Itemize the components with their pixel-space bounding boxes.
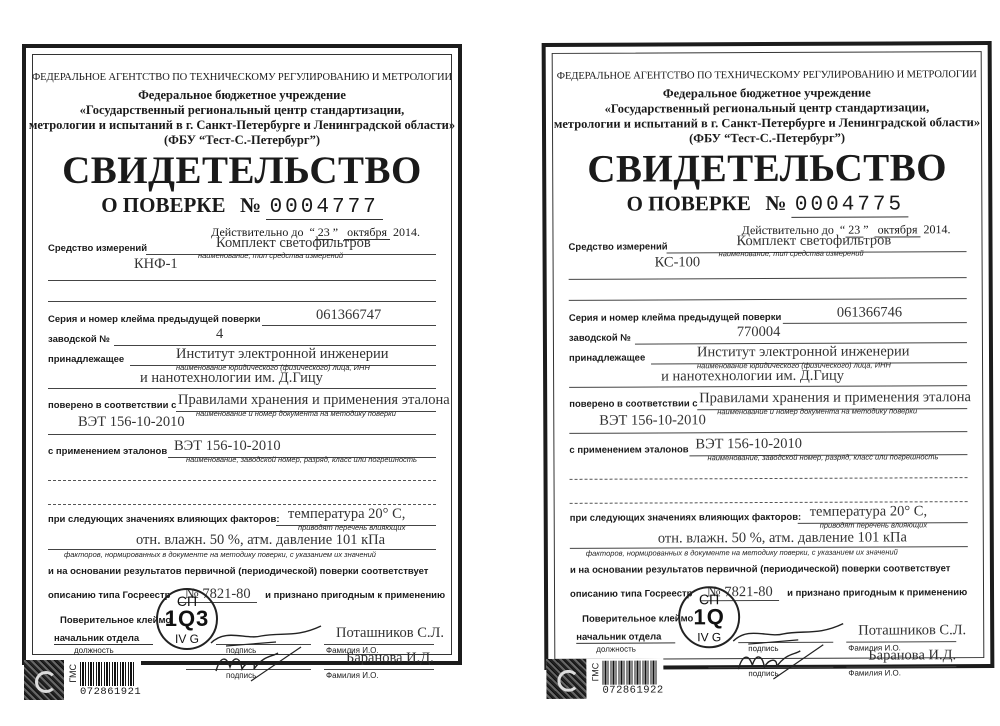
name-hint2: Фамилия И.О. xyxy=(326,671,379,680)
position-hint: должность xyxy=(596,645,636,654)
verified-hint: наименование и номер документа на методи… xyxy=(717,406,917,416)
serial-value: 770004 xyxy=(737,324,781,341)
name1: Поташников С.Л. xyxy=(336,625,444,642)
standards-hint: наименование, заводской номер, разряд, к… xyxy=(707,452,938,462)
document-title: СВИДЕТЕЛЬСТВО xyxy=(546,145,988,192)
instrument-hint: наименование, тип средства измерений xyxy=(198,251,343,260)
name-line1 xyxy=(324,644,434,645)
number-sign: № xyxy=(240,193,261,217)
factors-label: при следующих значениях влияющих факторо… xyxy=(570,512,802,524)
instrument-label: Средство измерений xyxy=(48,243,147,254)
blank-line xyxy=(48,480,436,481)
name-hint2: Фамилия И.О. xyxy=(848,668,901,677)
factors-value-line1: температура 20° С, xyxy=(810,503,927,521)
verified-line2 xyxy=(48,434,436,435)
factors-hint2: факторов, нормированных в документе на м… xyxy=(64,550,376,559)
owner-label: принадлежащее xyxy=(569,353,645,364)
number-sign: № xyxy=(765,191,786,215)
result-suitable: и признано пригодным к применению xyxy=(787,587,967,599)
certificate-left: ФЕДЕРАЛЬНОЕ АГЕНТСТВО ПО ТЕХНИЧЕСКОМУ РЕ… xyxy=(22,44,462,665)
barcode-prefix: ГМС xyxy=(590,663,600,682)
result-line1: и на основании результатов первичной (пе… xyxy=(48,566,428,577)
blank-line xyxy=(48,301,436,302)
barcode-prefix: ГМС xyxy=(68,664,78,683)
serial-value: 4 xyxy=(216,326,223,343)
certificate-number-row: О ПОВЕРКЕ № 0004775 xyxy=(546,190,988,218)
standards-hint: наименование, заводской номер, разряд, к… xyxy=(186,455,417,464)
factors-value-line2: отн. влажн. 50 %, атм. давление 101 кПа xyxy=(658,529,907,547)
result-line2: описанию типа Госреестр № 7821-80 и приз… xyxy=(570,582,967,602)
verified-value-line2: ВЭТ 156-10-2010 xyxy=(78,414,185,431)
prev-mark-label: Серия и номер клейма предыдущей поверки xyxy=(569,312,782,324)
result-line2: описанию типа Госреестр № 7821-80 и приз… xyxy=(48,585,445,603)
result-registry-label: описанию типа Госреестр xyxy=(48,590,170,601)
prev-mark-value: 061366747 xyxy=(316,307,381,324)
owner-value-line2: и нанотехнологии им. Д.Гицу xyxy=(661,368,844,386)
barcode-number: 072861921 xyxy=(80,686,141,698)
valid-year: 2014. xyxy=(393,225,420,239)
name1: Поташников С.Л. xyxy=(858,622,966,639)
factors-value-line1: температура 20° С, xyxy=(288,506,405,523)
name-line2 xyxy=(324,669,434,670)
agency-header: ФЕДЕРАЛЬНОЕ АГЕНТСТВО ПО ТЕХНИЧЕСКОМУ РЕ… xyxy=(546,69,988,82)
instrument-label: Средство измерений xyxy=(569,241,668,252)
owner-label: принадлежащее xyxy=(48,354,124,365)
name-line2 xyxy=(846,666,956,667)
hologram-icon xyxy=(24,660,64,700)
certificate-right: ФЕДЕРАЛЬНОЕ АГЕНТСТВО ПО ТЕХНИЧЕСКОМУ РЕ… xyxy=(542,41,995,670)
signature2-icon xyxy=(728,641,838,681)
position1: начальник отдела xyxy=(576,631,675,643)
valid-year: 2014. xyxy=(923,222,950,236)
owner-value-line2: и нанотехнологии им. Д.Гицу xyxy=(140,370,323,387)
org-type: Федеральное бюджетное учреждение xyxy=(26,88,458,103)
name2: Баранова И.Д. xyxy=(868,647,956,664)
instrument-type: КС-100 xyxy=(655,254,701,271)
mark-label: Поверительное клеймо xyxy=(582,613,693,624)
factors-value-line2: отн. влажн. 50 %, атм. давление 101 кПа xyxy=(136,532,385,549)
instrument-hint: наименование, тип средства измерений xyxy=(719,249,864,259)
instrument-type: КНФ-1 xyxy=(134,256,178,273)
barcode-icon xyxy=(602,660,658,684)
barcode-icon xyxy=(80,662,136,686)
certificate-number: 0004777 xyxy=(266,196,383,220)
prev-mark-label: Серия и номер клейма предыдущей поверки xyxy=(48,314,260,325)
verified-value-line1: Правилами хранения и применения эталона xyxy=(178,392,450,409)
prev-mark-value: 061366746 xyxy=(837,304,902,321)
org-short-name: (ФБУ “Тест-С.-Петербург”) xyxy=(26,133,458,148)
prev-mark-line xyxy=(262,325,436,326)
position1: начальник отдела xyxy=(54,633,153,645)
hologram-icon xyxy=(546,659,586,699)
instrument-value: Комплект светофильтров xyxy=(736,232,891,250)
certificate-number-row: О ПОВЕРКЕ № 0004777 xyxy=(26,193,458,219)
name2: Баранова И.Д. xyxy=(346,650,434,667)
document-title: СВИДЕТЕЛЬСТВО xyxy=(26,148,458,193)
factors-hint1: приводят перечень влияющих xyxy=(298,523,405,532)
blank-line xyxy=(48,504,436,505)
verified-hint: наименование и номер документа на методи… xyxy=(196,409,396,418)
result-line1: и на основании результатов первичной (пе… xyxy=(570,563,951,576)
serial-label: заводской № xyxy=(48,334,110,345)
serial-label: заводской № xyxy=(569,333,631,344)
standards-value: ВЭТ 156-10-2010 xyxy=(174,438,281,455)
instrument-value: Комплект светофильтров xyxy=(216,235,371,252)
result-suitable: и признано пригодным к применению xyxy=(265,590,445,601)
barcode-number: 072861922 xyxy=(602,684,663,696)
factors-hint2: факторов, нормированных в документе на м… xyxy=(586,547,898,557)
hologram-barcode-sticker: ГМС 072861922 xyxy=(546,658,663,699)
factors-hint1: приводят перечень влияющих xyxy=(820,520,927,529)
owner-line2 xyxy=(48,388,436,389)
verified-label: поверено в соответствии с xyxy=(569,398,697,410)
mark-label: Поверительное клеймо xyxy=(60,615,171,626)
standards-value: ВЭТ 156-10-2010 xyxy=(695,436,802,453)
agency-header: ФЕДЕРАЛЬНОЕ АГЕНТСТВО ПО ТЕХНИЧЕСКОМУ РЕ… xyxy=(26,72,458,83)
verified-value-line1: Правилами хранения и применения эталона xyxy=(699,389,971,407)
subtitle: О ПОВЕРКЕ xyxy=(626,191,750,216)
owner-value-line1: Институт электронной инженерии xyxy=(697,343,910,361)
verified-value-line2: ВЭТ 156-10-2010 xyxy=(599,412,706,429)
certificate-number: 0004775 xyxy=(791,193,908,218)
hologram-barcode-sticker: ГМС 072861921 xyxy=(24,660,141,700)
position-hint: должность xyxy=(74,646,114,655)
signature2-icon xyxy=(206,643,316,683)
standards-label: с применением эталонов xyxy=(48,446,167,457)
org-name-line2: метрологии и испытаний в г. Санкт-Петерб… xyxy=(26,118,458,133)
result-registry-label: описанию типа Госреестр xyxy=(570,588,692,600)
org-name-line1: «Государственный региональный центр стан… xyxy=(26,103,458,118)
standards-label: с применением эталонов xyxy=(569,444,688,456)
factors-label: при следующих значениях влияющих факторо… xyxy=(48,514,279,525)
verified-label: поверено в соответствии с xyxy=(48,400,176,411)
blank-line xyxy=(48,280,436,281)
owner-value-line1: Институт электронной инженерии xyxy=(176,346,389,363)
subtitle: О ПОВЕРКЕ xyxy=(101,193,225,217)
